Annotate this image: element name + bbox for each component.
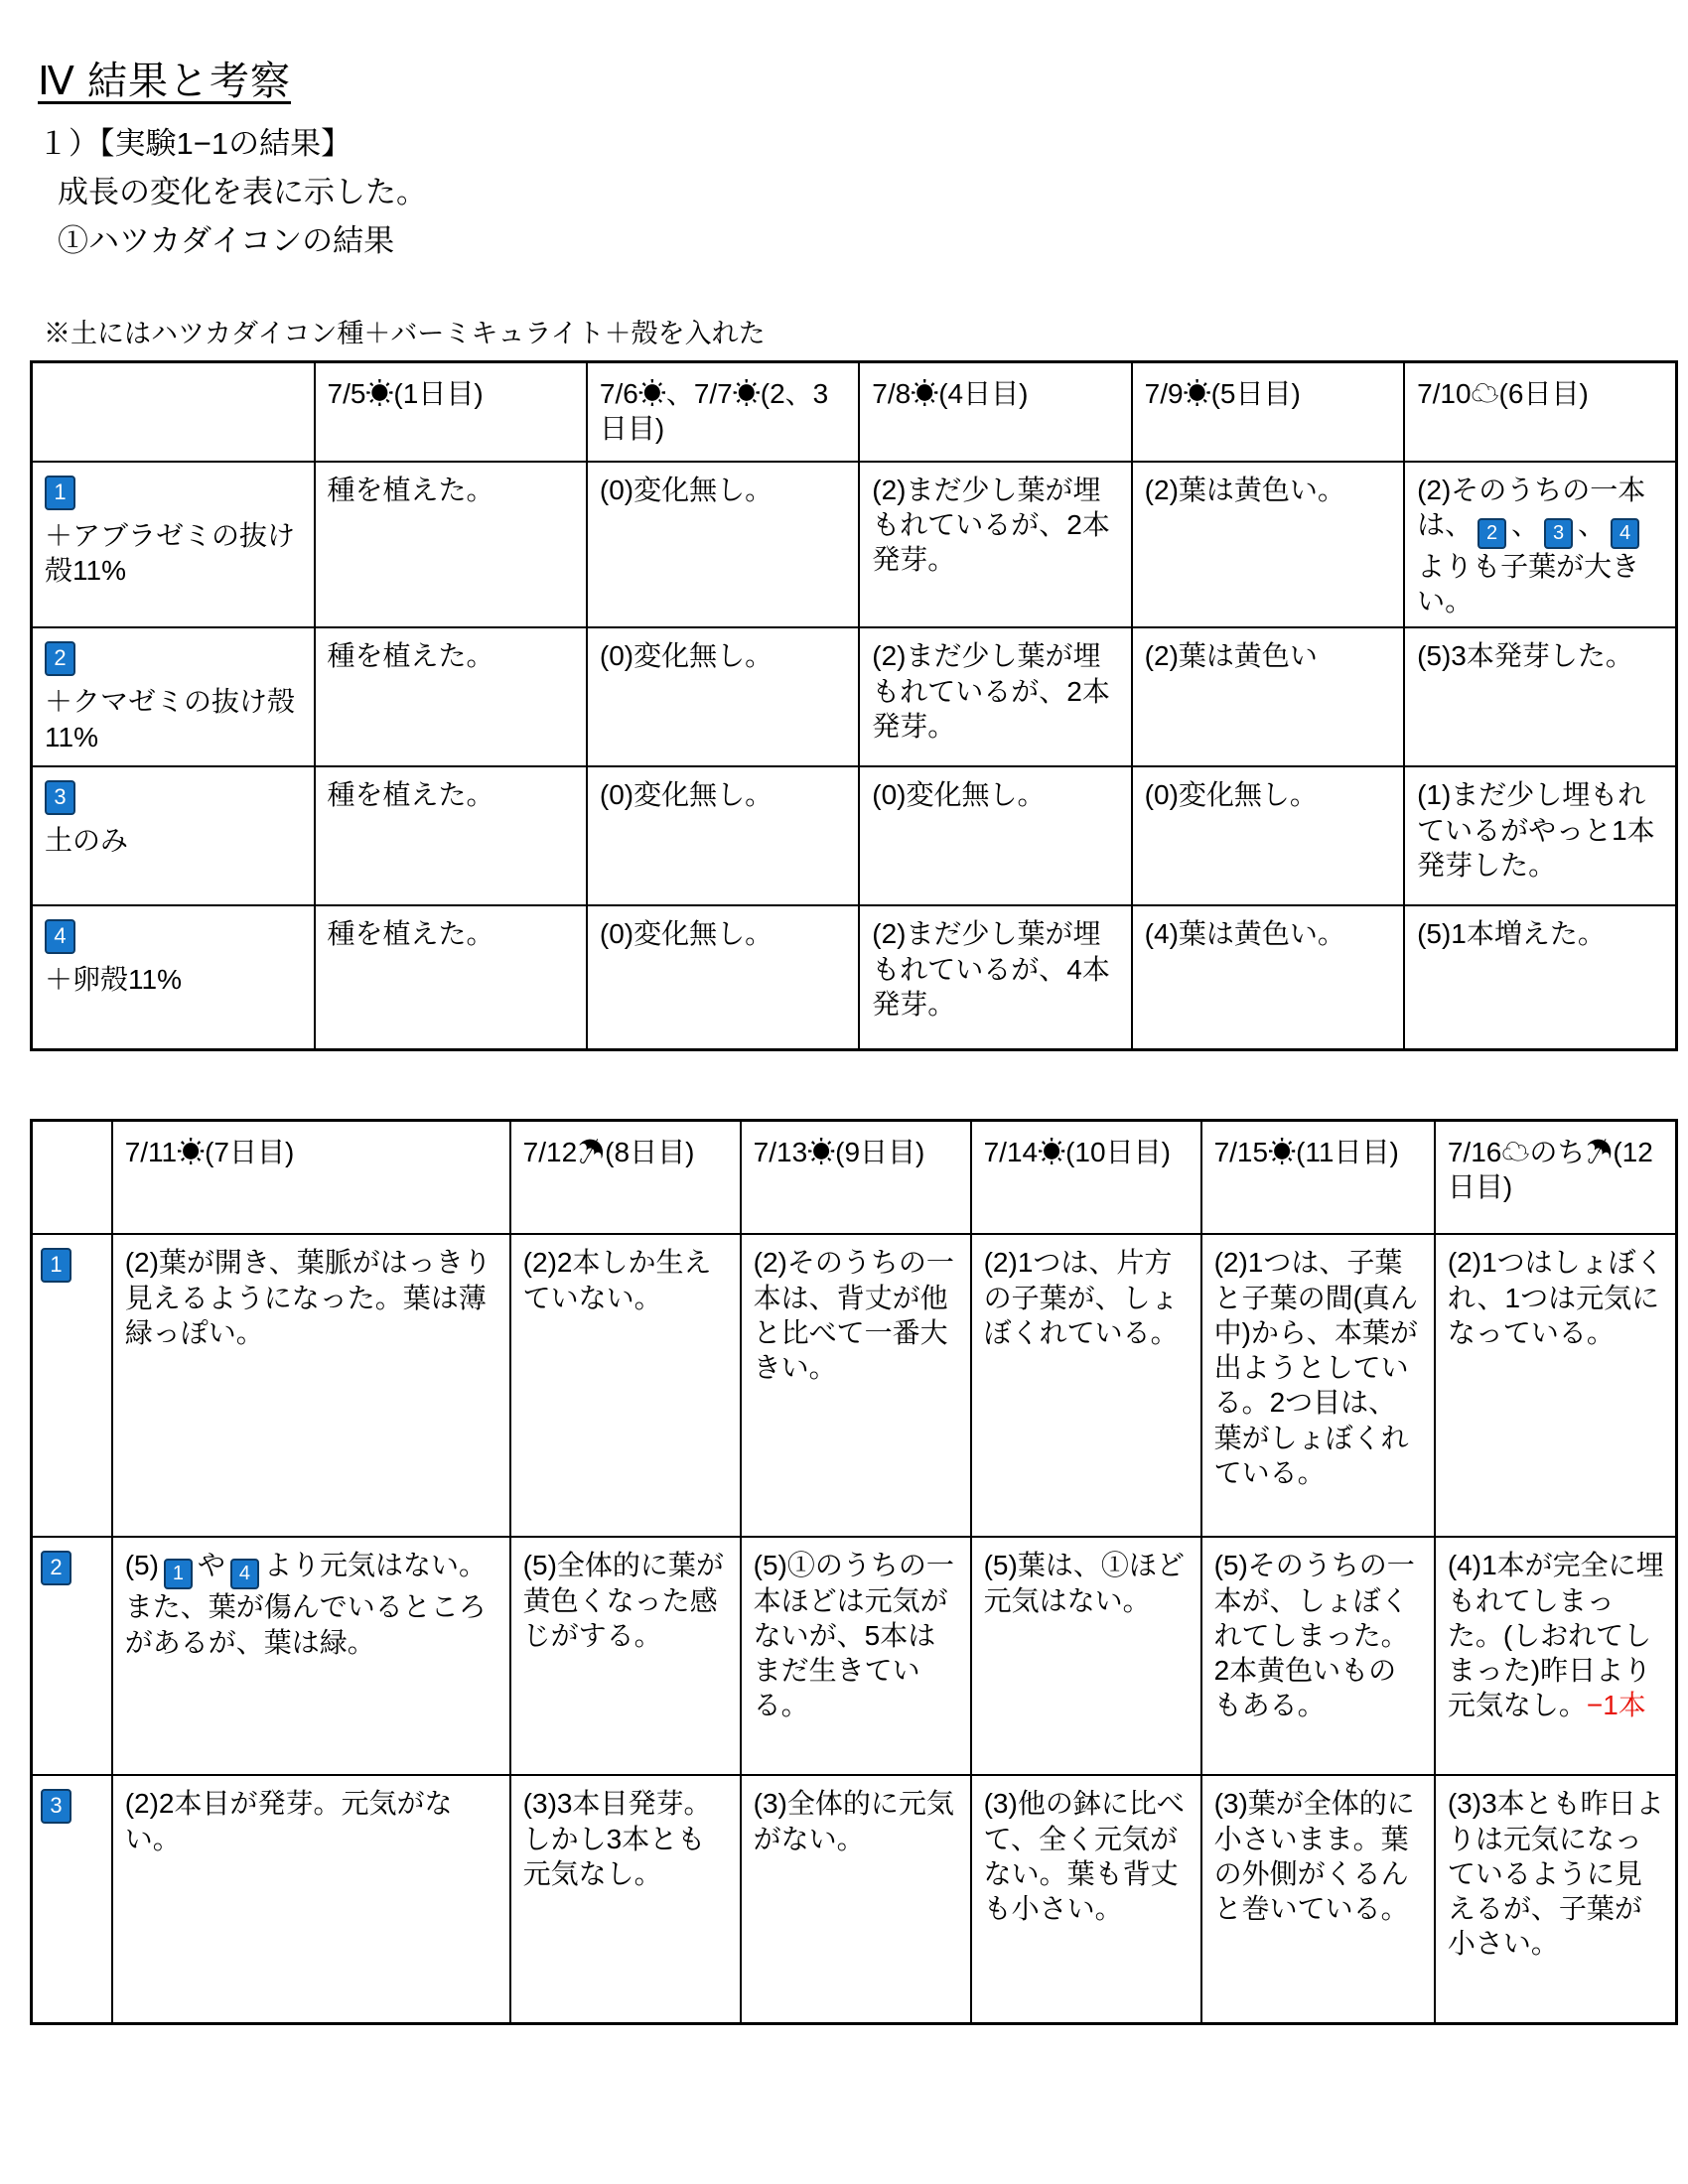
table2-header-blank: [32, 1120, 112, 1234]
table1-header-day5: 7/9☀(5日目): [1132, 362, 1404, 462]
table1-row-2-cell-2: (0)変化無し。: [587, 627, 859, 766]
results-table-week1: 7/5☀(1日目) 7/6☀、7/7☀(2、3日目) 7/8☀(4日目) 7/9…: [30, 360, 1678, 1051]
table2-row-2-cell-5: (5)そのうちの一本が、しょぼくれてしまった。2本黄色いものもある。: [1201, 1537, 1435, 1775]
table1-row-4-cell-4: (4)葉は黄色い。: [1132, 905, 1404, 1049]
table1-header-day4: 7/8☀(4日目): [859, 362, 1131, 462]
pot-number-chip-1: 1: [45, 476, 75, 510]
table2-row-1-cell-2: (2)2本しか生えていない。: [510, 1234, 741, 1537]
table1-header-row: 7/5☀(1日目) 7/6☀、7/7☀(2、3日目) 7/8☀(4日目) 7/9…: [32, 362, 1677, 462]
pot-ref-chip-2: 2: [1477, 518, 1506, 549]
pot-number-chip-3: 3: [45, 780, 75, 815]
table1-row-3-cell-2: (0)変化無し。: [587, 766, 859, 905]
table1-row-2: 2＋クマゼミの抜け殻11%種を植えた。(0)変化無し。(2)まだ少し葉が埋もれて…: [32, 627, 1677, 766]
table2-row-3-cell-4: (3)他の鉢に比べて、全く元気がない。葉も背丈も小さい。: [971, 1775, 1201, 2023]
description-line: 成長の変化を表に示した。: [58, 167, 1688, 211]
table1-row-3-cell-1: 種を植えた。: [315, 766, 587, 905]
table2-header-day11: 7/15☀(11日目): [1201, 1120, 1435, 1234]
table2-row-3-cell-5: (3)葉が全体的に小さいまま。葉の外側がくるんと巻いている。: [1201, 1775, 1435, 2023]
table2-header-day7: 7/11☀(7日目): [112, 1120, 510, 1234]
table1-row-1-cell-3: (2)まだ少し葉が埋もれているが、2本発芽。: [859, 462, 1131, 628]
condition-label: ＋クマゼミの抜け殻11%: [45, 684, 304, 754]
pot-number-chip-4: 4: [45, 919, 75, 954]
table1-row-1-cell-2: (0)変化無し。: [587, 462, 859, 628]
table1-row-4-cell-3: (2)まだ少し葉が埋もれているが、4本発芽。: [859, 905, 1131, 1049]
table2-row-2-cell-1: (5)1や4より元気はない。 また、葉が傷んでいるところがあるが、葉は緑。: [112, 1537, 510, 1775]
pot-number-chip-2: 2: [41, 1551, 71, 1585]
table2-header-day12: 7/16☁のち☂(12日目): [1435, 1120, 1677, 1234]
table2-header-day10: 7/14☀(10日目): [971, 1120, 1201, 1234]
table2-row-3: 3(2)2本目が発芽。元気がない。(3)3本目発芽。しかし3本とも元気なし。(3…: [32, 1775, 1677, 2023]
soil-note: ※土にはハツカダイコン種＋バーミキュライト＋殻を入れた: [44, 312, 1688, 350]
section-subtitle: １）【実験1−1の結果】: [38, 118, 1688, 163]
table1-row-2-cell-1: 種を植えた。: [315, 627, 587, 766]
table2-header-row: 7/11☀(7日目) 7/12☂(8日目) 7/13☀(9日目) 7/14☀(1…: [32, 1120, 1677, 1234]
pot-ref-chip-4: 4: [1611, 518, 1639, 549]
table1-row-1-cell-4: (2)葉は黄色い。: [1132, 462, 1404, 628]
table2-body: 1(2)葉が開き、葉脈がはっきり見えるようになった。葉は薄緑っぽい。(2)2本し…: [32, 1234, 1677, 2023]
table2-row-1-cell-1: (2)葉が開き、葉脈がはっきり見えるようになった。葉は薄緑っぽい。: [112, 1234, 510, 1537]
pot-number-chip-1: 1: [41, 1248, 71, 1283]
pot-number-chip-2: 2: [45, 641, 75, 676]
page-title: Ⅳ 結果と考察: [38, 50, 1688, 106]
table2-row-3-cell-6: (3)3本とも昨日よりは元気になっているように見えるが、子葉が小さい。: [1435, 1775, 1677, 2023]
table2-row-3-cell-2: (3)3本目発芽。しかし3本とも元気なし。: [510, 1775, 741, 2023]
document-page: Ⅳ 結果と考察 １）【実験1−1の結果】 成長の変化を表に示した。 ①ハツカダイ…: [0, 0, 1688, 2025]
table2-row-1-cell-6: (2)1つはしょぼくれ、1つは元気になっている。: [1435, 1234, 1677, 1537]
table1-row-1-condition: 1＋アブラゼミの抜け殻11%: [32, 462, 315, 628]
heading-block: Ⅳ 結果と考察 １）【実験1−1の結果】 成長の変化を表に示した。 ①ハツカダイ…: [38, 50, 1688, 260]
table2-row-3-cell-1: (2)2本目が発芽。元気がない。: [112, 1775, 510, 2023]
table2-row-2-cell-3: (5)①のうちの一本ほどは元気がないが、5本はまだ生きている。: [741, 1537, 971, 1775]
table1-row-3-cell-5: (1)まだ少し埋もれているがやっと1本発芽した。: [1404, 766, 1676, 905]
result-item-line: ①ハツカダイコンの結果: [58, 215, 1688, 260]
condition-label: ＋卵殻11%: [45, 962, 304, 997]
table1-header-day2-3: 7/6☀、7/7☀(2、3日目): [587, 362, 859, 462]
table1-row-3: 3土のみ種を植えた。(0)変化無し。(0)変化無し。(0)変化無し。(1)まだ少…: [32, 766, 1677, 905]
red-annotation: −1本: [1587, 1690, 1646, 1720]
table1-row-1-cell-5: (2)そのうちの一本は、2、3、4よりも子葉が大きい。: [1404, 462, 1676, 628]
table1-body: 1＋アブラゼミの抜け殻11%種を植えた。(0)変化無し。(2)まだ少し葉が埋もれ…: [32, 462, 1677, 1050]
table2-header-day8: 7/12☂(8日目): [510, 1120, 741, 1234]
table1-header-day6: 7/10☁(6日目): [1404, 362, 1676, 462]
table2-row-3-number: 3: [32, 1775, 112, 2023]
table2-row-2: 2(5)1や4より元気はない。 また、葉が傷んでいるところがあるが、葉は緑。(5…: [32, 1537, 1677, 1775]
pot-ref-chip-1: 1: [164, 1559, 193, 1589]
table1-header-blank: [32, 362, 315, 462]
condition-label: 土のみ: [45, 823, 304, 858]
table1-row-2-cell-3: (2)まだ少し葉が埋もれているが、2本発芽。: [859, 627, 1131, 766]
table2-row-3-cell-3: (3)全体的に元気がない。: [741, 1775, 971, 2023]
table1-row-4-cell-5: (5)1本増えた。: [1404, 905, 1676, 1049]
table2-row-1-number: 1: [32, 1234, 112, 1537]
results-table-week2: 7/11☀(7日目) 7/12☂(8日目) 7/13☀(9日目) 7/14☀(1…: [30, 1119, 1678, 2025]
table2-row-2-number: 2: [32, 1537, 112, 1775]
pot-ref-chip-3: 3: [1544, 518, 1573, 549]
pot-number-chip-3: 3: [41, 1789, 71, 1824]
table1-row-4-cell-1: 種を植えた。: [315, 905, 587, 1049]
table2-row-1: 1(2)葉が開き、葉脈がはっきり見えるようになった。葉は薄緑っぽい。(2)2本し…: [32, 1234, 1677, 1537]
table1-row-1-cell-1: 種を植えた。: [315, 462, 587, 628]
table1-row-3-cell-3: (0)変化無し。: [859, 766, 1131, 905]
table1-row-3-cell-4: (0)変化無し。: [1132, 766, 1404, 905]
table2-row-1-cell-5: (2)1つは、子葉と子葉の間(真ん中)から、本葉が出ようとしている。2つ目は、葉…: [1201, 1234, 1435, 1537]
table2-row-2-cell-4: (5)葉は、①ほど元気はない。: [971, 1537, 1201, 1775]
table1-row-4: 4＋卵殻11%種を植えた。(0)変化無し。(2)まだ少し葉が埋もれているが、4本…: [32, 905, 1677, 1049]
table1-header-day1: 7/5☀(1日目): [315, 362, 587, 462]
table1-row-2-cell-4: (2)葉は黄色い: [1132, 627, 1404, 766]
table1-row-4-cell-2: (0)変化無し。: [587, 905, 859, 1049]
table1-row-1: 1＋アブラゼミの抜け殻11%種を植えた。(0)変化無し。(2)まだ少し葉が埋もれ…: [32, 462, 1677, 628]
pot-ref-chip-4: 4: [230, 1559, 259, 1589]
table1-row-4-condition: 4＋卵殻11%: [32, 905, 315, 1049]
table1-row-2-cell-5: (5)3本発芽した。: [1404, 627, 1676, 766]
table2-row-2-cell-6: (4)1本が完全に埋もれてしまった。(しおれてしまった)昨日より元気なし。−1本: [1435, 1537, 1677, 1775]
table2-row-2-cell-2: (5)全体的に葉が黄色くなった感じがする。: [510, 1537, 741, 1775]
table2-header-day9: 7/13☀(9日目): [741, 1120, 971, 1234]
table2-row-1-cell-3: (2)そのうちの一本は、背丈が他と比べて一番大きい。: [741, 1234, 971, 1537]
table1-row-3-condition: 3土のみ: [32, 766, 315, 905]
table1-row-2-condition: 2＋クマゼミの抜け殻11%: [32, 627, 315, 766]
table2-row-1-cell-4: (2)1つは、片方の子葉が、しょぼくれている。: [971, 1234, 1201, 1537]
condition-label: ＋アブラゼミの抜け殻11%: [45, 518, 304, 589]
